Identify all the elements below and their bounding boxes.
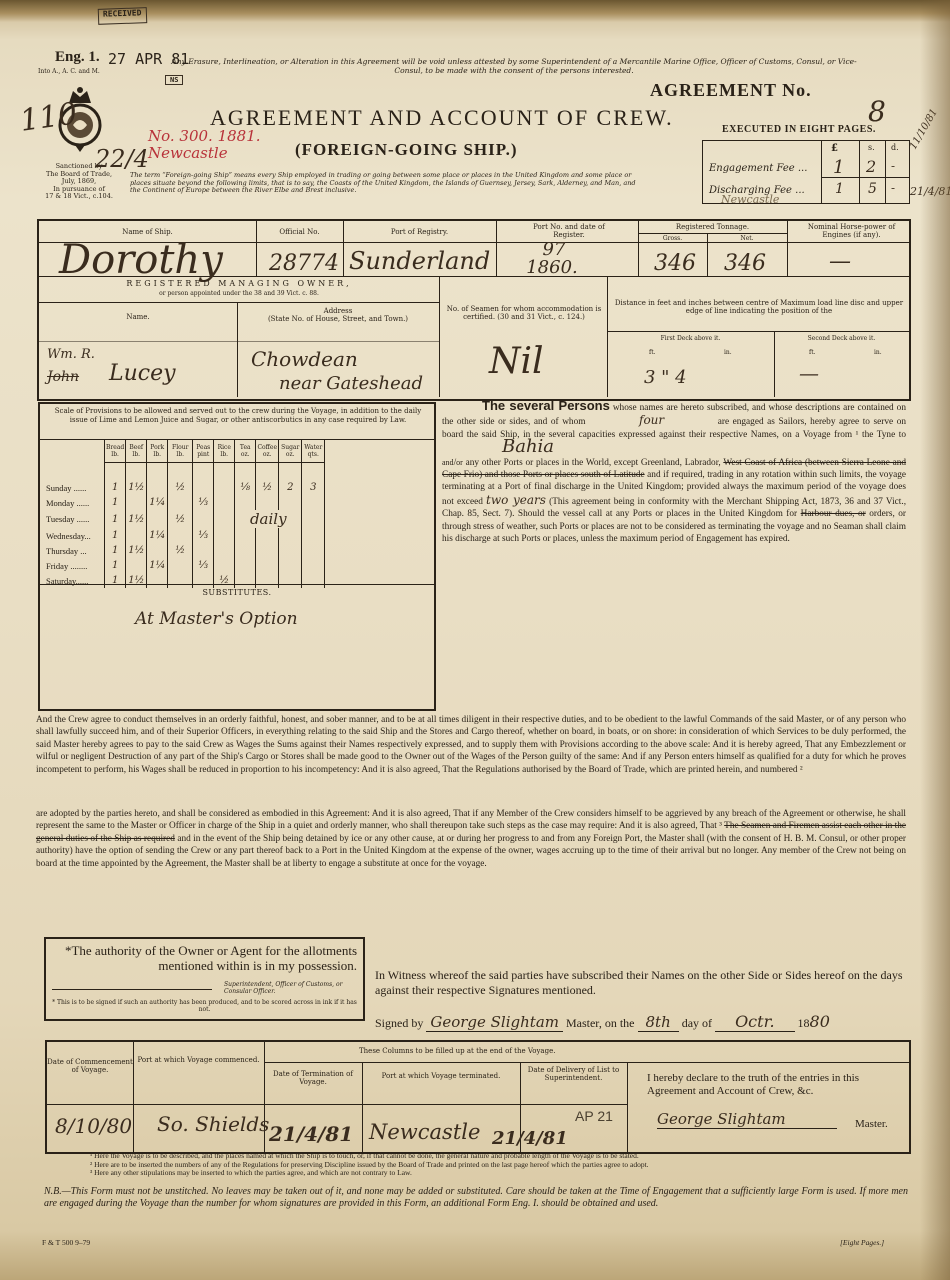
handwritten-margin-note: 22/4 [95,145,149,173]
termination-port-value: Newcastle [369,1120,480,1144]
owner-name-initials: Wm. R. [47,347,95,362]
voyage-destination: Bahia [442,436,554,457]
engagement-fee-label: Engagement Fee ... [709,163,807,174]
provisions-row-friday: Friday ........11¼⅓ [40,558,325,573]
delivery-date-value: 21/4/81 [492,1128,568,1149]
agreement-number-label: AGREEMENT No. [650,80,812,101]
provisions-col-header: Coffee oz. [256,440,279,462]
crew-agreement-document: RECEIVED Eng. 1. 27 APR 81 Into A., A. C… [0,0,950,1280]
owner-name-struck: John [47,369,79,385]
signing-month: Octr. [715,1012,794,1032]
footnotes: ¹ Here the Voyage is to be described, an… [90,1152,910,1178]
maximum-period: two years [486,493,546,507]
sailors-count: four [589,413,714,427]
net-tonnage-value: 346 [724,251,766,276]
provisions-col-header: Rice lb. [214,440,235,462]
first-deck-in-label: in. [724,349,732,356]
fee-header-shillings: s. [868,143,875,152]
document-subtitle: (FOREIGN-GOING SHIP.) [295,140,518,160]
discharging-fee-pounds: 1 [835,181,844,197]
master-signature: George Slightam [426,1013,563,1032]
owner-name-value: Lucey [109,361,176,386]
received-stamp-top: RECEIVED [98,7,147,25]
second-deck-ft-label: ft. [809,349,816,356]
authority-signature-line [52,989,212,990]
adopted-regulations-paragraph: are adopted by the parties hereto, and s… [36,808,906,870]
owner-address-line2: near Gateshead [279,373,423,394]
fees-box: £ s. d. Engagement Fee ... 1 2 - Dischar… [702,140,910,204]
footnote-3: ³ Here any other stipulations may be ins… [90,1169,910,1178]
master-declaration: I hereby declare to the truth of the ent… [647,1072,902,1098]
ship-name-header: Name of Ship. [39,228,256,236]
ship-info-table: Name of Ship. Official No. Port of Regis… [37,219,911,401]
nb-notice: N.B.—This Form must not be unstitched. N… [44,1186,908,1210]
engagement-fee-pounds: 1 [833,157,844,178]
provisions-col-header: Tea oz. [235,440,256,462]
owner-address-header: Address [237,307,439,315]
owner-subheading: or person appointed under the 38 and 39 … [89,290,389,297]
register-year-value: 1860. [517,257,587,278]
second-deck-header: Second Deck above it. [774,335,909,342]
provisions-col-header: Peas pint [193,440,214,462]
horsepower-header: Nominal Horse-power of Engines (if any). [799,223,904,239]
provisions-col-header: Beef lb. [126,440,147,462]
witness-signature-line: Signed by George Slightam Master, on the… [375,1012,910,1031]
horsepower-value: — [829,249,851,274]
owner-name-header: Name. [39,313,237,321]
delivery-date-header: Date of Delivery of List to Superintende… [520,1066,627,1082]
engagement-fee-pence: - [891,159,895,173]
erasure-notice: Any Erasure, Interlineation, or Alterati… [164,57,864,75]
owner-authority-box: *The authority of the Owner or Agent for… [44,937,365,1021]
engagement-fee-shillings: 2 [866,157,876,176]
authority-footnote: * This is to be signed if such an author… [52,999,357,1013]
authority-sign-label: Superintendent, Officer of Customs, or C… [224,981,354,995]
official-no-value: 28774 [269,251,339,276]
witness-statement: In Witness whereof the said parties have… [375,968,910,998]
executed-pages-label: EXECUTED IN EIGHT PAGES. [722,124,876,135]
ship-name-value: Dorothy [59,237,223,283]
provisions-row-monday: Monday ......11¼⅓ [40,495,325,510]
form-code: Eng. 1. [55,49,100,66]
discharging-fee-shillings: 5 [868,181,877,197]
printer-mark: F & T 500 9–79 [42,1238,90,1247]
tonnage-header: Registered Tonnage. [638,223,787,231]
gross-tonnage-value: 346 [654,251,696,276]
crew-conduct-paragraph: And the Crew agree to conduct themselves… [36,714,906,776]
red-registry-annotation: No. 300. 1881. Newcastle [148,128,298,162]
commencement-port-value: So. Shields [157,1112,269,1136]
gross-header: Gross. [638,235,707,242]
provisions-row-thursday: Thursday ...11½½ [40,543,325,558]
second-deck-value: — [799,361,819,385]
small-stamp: NS [165,75,183,85]
agreement-lead: The several Persons [442,398,610,413]
owner-heading: REGISTERED MANAGING OWNER, [89,279,389,288]
net-header: Net. [707,235,787,242]
provisions-col-header: Pork lb. [147,440,168,462]
provisions-row-sunday: Sunday ......11½½⅛½23 [40,480,325,495]
commencement-date-value: 8/10/80 [55,1114,132,1138]
provisions-table: Bread lb. Beef lb. Pork lb. Flour lb. Pe… [40,440,325,588]
commencement-port-header: Port at which Voyage commenced. [133,1056,264,1064]
discharging-fee-pence: - [891,181,895,195]
signing-day: 8th [638,1013,679,1032]
foreign-going-definition: The term “Foreign-going Ship” means ever… [130,172,640,195]
provisions-col-header: Flour lb. [168,440,193,462]
discharging-fee-date: 21/4/81 [910,185,950,198]
fee-header-pounds: £ [831,143,838,154]
provisions-heading: Scale of Provisions to be allowed and se… [48,407,428,425]
first-deck-value: 3 " 4 [644,367,687,388]
port-registry-header: Port of Registry. [343,228,496,236]
declaration-master-label: Master. [855,1118,888,1130]
first-deck-header: First Deck above it. [607,335,774,342]
substitutes-heading: SUBSTITUTES. [40,588,434,597]
first-deck-ft-label: ft. [649,349,656,356]
substitutes-value: At Master's Option [135,609,298,629]
declaration-signature: George Slightam [657,1110,837,1129]
termination-port-header: Port at which Voyage terminated. [362,1072,520,1080]
signing-year: 80 [810,1012,830,1031]
official-no-header: Official No. [256,228,343,236]
fee-header-pence: d. [891,143,899,152]
seamen-value: Nil [489,341,544,382]
voyage-end-note: These Columns to be filled up at the end… [359,1048,555,1055]
provisions-col-header: Sugar oz. [279,440,302,462]
owner-address-subheader: (State No. of House, Street, and Town.) [237,315,439,323]
pages-note: [Eight Pages.] [840,1238,884,1247]
fees-handwritten-place: Newcastle [721,193,779,206]
authority-statement: *The authority of the Owner or Agent for… [52,943,357,973]
port-no-header: Port No. and date of Register. [524,223,614,239]
delivery-stamp: AP 21 [575,1108,613,1124]
second-deck-in-label: in. [874,349,882,356]
distance-header: Distance in feet and inches between cent… [614,299,904,315]
provisions-row-tuesday: Tuesday ......11½½daily [40,510,325,528]
termination-date-value: 21/4/81 [269,1122,353,1146]
provisions-box: Scale of Provisions to be allowed and se… [38,402,436,711]
provisions-col-header: Water qts. [302,440,325,462]
port-registry-value: Sunderland [349,247,490,275]
provisions-row-saturday: Saturday......11½½ [40,573,325,588]
provisions-col-header: Bread lb. [105,440,126,462]
termination-date-header: Date of Termination of Voyage. [264,1070,362,1086]
commencement-date-header: Date of Commencement of Voyage. [47,1058,133,1074]
seamen-header: No. of Seamen for whom accommodation is … [444,305,604,321]
agreement-text: The several Persons whose names are here… [442,400,906,545]
voyage-table: These Columns to be filled up at the end… [45,1040,911,1154]
provisions-row-wednesday: Wednesday...11¼⅓ [40,528,325,543]
owner-address-line1: Chowdean [251,347,358,371]
engagement-fee-date: 11/10/81 [908,111,938,151]
form-subcode: Into A., A. C. and M. [38,68,100,75]
